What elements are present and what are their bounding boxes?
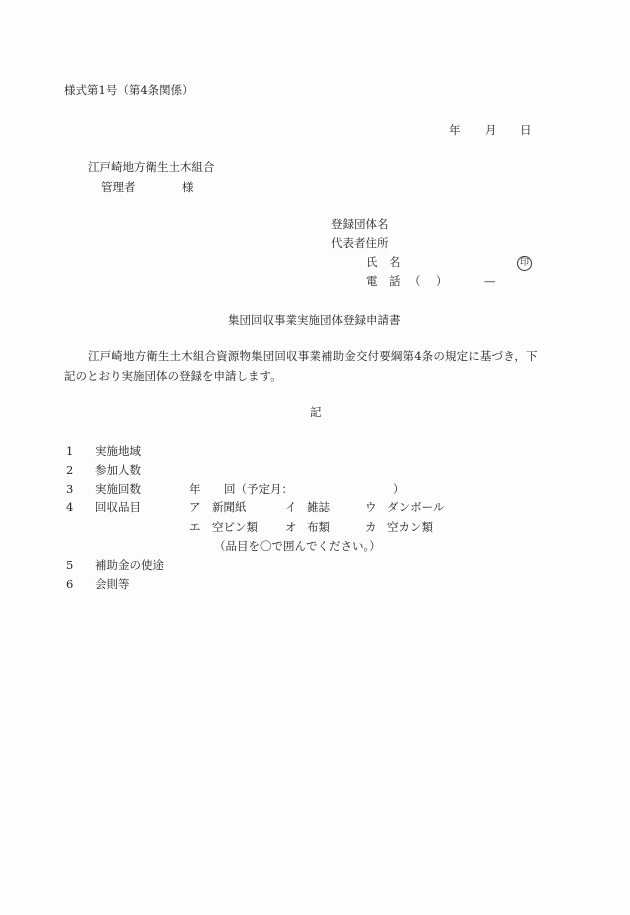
recycle-name-magazine: 雑誌 — [307, 500, 330, 514]
phone-open-paren: （ — [409, 274, 421, 288]
name-label: 氏 名 — [366, 255, 401, 269]
ki-heading: 記 — [310, 405, 322, 419]
recycle-note: （品目を〇で囲んでください。） — [214, 539, 381, 553]
recycle-mark-a: ア — [189, 500, 201, 514]
recycle-mark-e: エ — [189, 520, 201, 534]
item-6-number: 6 — [66, 577, 73, 591]
recycle-name-cans: 空カン類 — [387, 520, 433, 534]
body-line-2: 記のとおり実施団体の登録を申請します。 — [64, 369, 282, 383]
body-line-1: 江戸崎地方衛生土木組合資源物集団回収事業補助金交付要綱第4条の規定に基づき，下 — [88, 349, 538, 363]
recycle-mark-u: ウ — [365, 500, 377, 514]
addressee-honorific: 様 — [182, 180, 194, 194]
recycle-mark-ka: カ — [365, 520, 377, 534]
recycle-name-cloth: 布類 — [307, 520, 330, 534]
item-5-label: 補助金の使途 — [95, 558, 164, 572]
phone-close-paren: ） — [436, 274, 448, 288]
date-year-label: 年 — [449, 123, 461, 137]
item-1-number: 1 — [66, 444, 73, 458]
item-3-number: 3 — [66, 482, 73, 496]
date-month-label: 月 — [485, 123, 497, 137]
item-5-number: 5 — [66, 558, 73, 572]
item-4-label: 回収品目 — [95, 500, 141, 514]
form-number: 様式第1号（第4条関係） — [64, 83, 194, 97]
recycle-name-cardboard: ダンボール — [387, 500, 444, 514]
addressee-role: 管理者 — [101, 180, 136, 194]
item-2-number: 2 — [66, 463, 73, 477]
addressee-organization: 江戸崎地方衛生土木組合 — [88, 160, 215, 174]
phone-label: 電 話 — [366, 274, 401, 288]
item-3-year: 年 — [189, 482, 201, 496]
item-3-times: 回（予定月： — [224, 482, 293, 496]
item-3-label: 実施回数 — [95, 482, 141, 496]
item-6-label: 会則等 — [95, 577, 130, 591]
item-4-number: 4 — [66, 500, 73, 514]
phone-dash: — — [484, 274, 496, 288]
recycle-mark-o: オ — [285, 520, 297, 534]
group-name-label: 登録団体名 — [331, 217, 389, 231]
recycle-name-newspaper: 新聞紙 — [212, 500, 247, 514]
item-1-label: 実施地域 — [95, 444, 141, 458]
seal-icon: 印 — [517, 256, 532, 271]
date-day-label: 日 — [520, 123, 532, 137]
seal-mark: 印 — [517, 254, 532, 271]
item-2-label: 参加人数 — [95, 463, 141, 477]
recycle-mark-i: イ — [285, 500, 297, 514]
document-title: 集団回収事業実施団体登録申請書 — [228, 313, 401, 327]
recycle-name-bottles: 空ビン類 — [212, 520, 258, 534]
representative-address-label: 代表者住所 — [331, 236, 389, 250]
item-3-close: ） — [393, 482, 405, 496]
